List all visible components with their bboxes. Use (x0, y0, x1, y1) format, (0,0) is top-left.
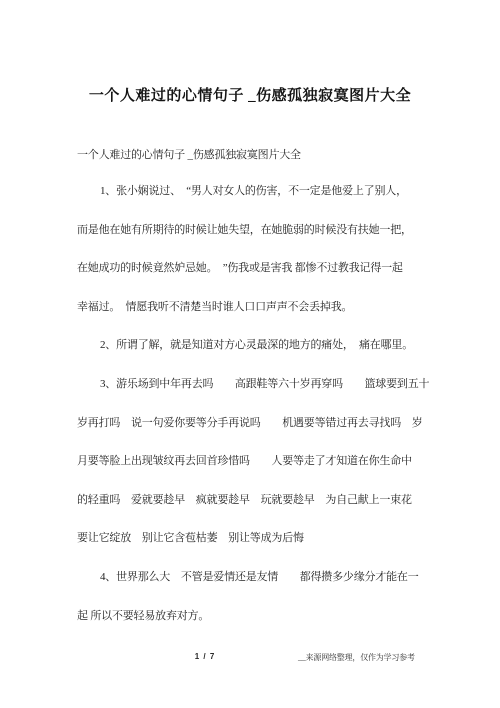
body-line: 而是他在她有所期待的时候让她失望，在她脆弱的时候没有扶她一把， (77, 211, 437, 250)
body-line: 4、世界那么大 不管是爱情还是友情 都得攒多少缘分才能在一 (77, 558, 437, 597)
body-line: 幸福过。 情愿我听不清楚当时谁人口口声声不会丢掉我。 (77, 288, 437, 327)
document-page: 一个人难过的心情句子 _伤感孤独寂寞图片大全 一个人难过的心情句子 _伤感孤独寂… (0, 0, 500, 708)
page-number: 1 / 7 (185, 652, 225, 661)
source-note: __来源网络整理，仅作为学习参考 (298, 652, 415, 663)
document-title: 一个人难过的心情句子 _伤感孤独寂寞图片大全 (0, 84, 500, 105)
body-line: 1、张小娴说过、 “男人对女人的伤害，不一定是他爱上了别人， (77, 172, 437, 211)
page-footer: 1 / 7 __来源网络整理，仅作为学习参考 (0, 652, 500, 666)
body-line: 岁再打吗 说一句爱你要等分手再说吗 机遇要等错过再去寻找吗 岁 (77, 404, 437, 443)
body-line: 在她成功的时候竟然妒忌她。 ”伤我或是害我 都惨不过教我记得一起 (77, 249, 437, 288)
body-line: 起 所以不要轻易放弃对方。 (77, 597, 437, 636)
body-line: 的轻重吗 爱就要趁早 疯就要趁早 玩就要趁早 为自己献上一束花 (77, 481, 437, 520)
document-subtitle: 一个人难过的心情句子 _伤感孤独寂寞图片大全 (77, 146, 301, 162)
body-line: 3、游乐场到中年再去吗 高跟鞋等六十岁再穿吗 篮球要到五十 (77, 365, 437, 404)
body-line: 要让它绽放 别让它含苞枯萎 别让等成为后悔 (77, 519, 437, 558)
body-line: 月要等脸上出现皱纹再去回首珍惜吗 人要等走了才知道在你生命中 (77, 442, 437, 481)
body-line: 2、所谓了解，就是知道对方心灵最深的地方的痛处， 痛在哪里。 (77, 326, 437, 365)
document-body: 1、张小娴说过、 “男人对女人的伤害，不一定是他爱上了别人， 而是他在她有所期待… (77, 172, 437, 635)
